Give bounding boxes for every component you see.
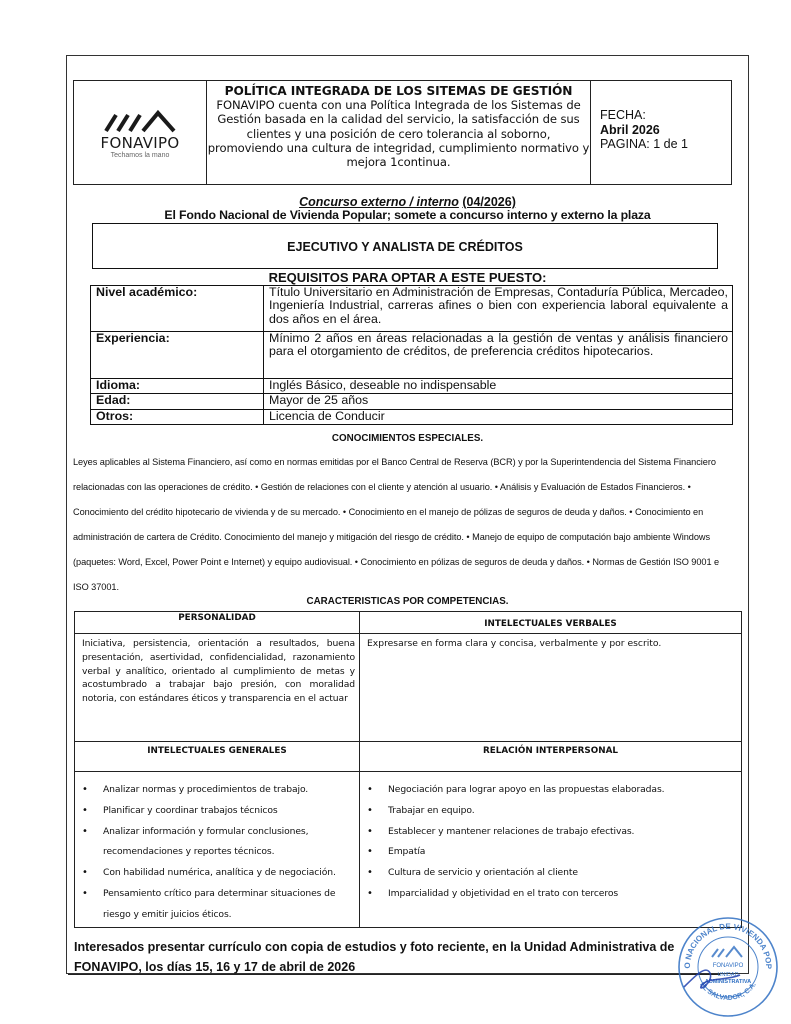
interpersonal-list-cell: Negociación para lograr apoyo en las pro…: [360, 772, 742, 928]
table-row: Experiencia: Mínimo 2 años en áreas rela…: [91, 332, 733, 379]
instructions-line: Interesados presentar currículo con copi…: [74, 937, 720, 957]
policy-line: mejora 1continua.: [207, 155, 590, 169]
concurso-intro-text: El Fondo Nacional de Vivienda Popular; s…: [164, 208, 650, 222]
row-value: Mínimo 2 años en áreas relacionadas a la…: [264, 332, 733, 379]
row-value: Licencia de Conducir: [264, 409, 733, 424]
list-item: Analizar normas y procedimientos de trab…: [76, 780, 358, 801]
conocimientos-title: CONOCIMIENTOS ESPECIALES.: [66, 433, 749, 444]
list-item: Planificar y coordinar trabajos técnicos: [76, 801, 358, 822]
list-item: Analizar información y formular conclusi…: [76, 822, 358, 864]
position-title: EJECUTIVO Y ANALISTA DE CRÉDITOS: [92, 223, 718, 269]
meta-cell: FECHA: Abril 2026 PAGINA: 1 de 1: [591, 81, 731, 184]
instructions-line: FONAVIPO, los días 15, 16 y 17 de abril …: [74, 957, 720, 977]
verbales-text: Expresarse en forma clara y concisa, ver…: [360, 634, 742, 742]
concurso-intro: El Fondo Nacional de Vivienda Popular; s…: [66, 208, 749, 222]
list-item: Con habilidad numérica, analítica y de n…: [76, 863, 358, 884]
logo-name: FONAVIPO: [101, 134, 180, 152]
generales-header: INTELECTUALES GENERALES: [75, 742, 360, 772]
policy-title: POLÍTICA INTEGRADA DE LOS SITEMAS DE GES…: [207, 84, 590, 98]
interpersonal-list: Negociación para lograr apoyo en las pro…: [361, 773, 740, 905]
list-item: Imparcialidad y objetividad en el trato …: [361, 884, 740, 905]
policy-line: Gestión basada en la calidad del servici…: [207, 112, 590, 126]
table-row: Nivel académico: Título Universitario en…: [91, 286, 733, 332]
list-item: Negociación para lograr apoyo en las pro…: [361, 780, 740, 801]
fecha-value: Abril 2026: [600, 123, 731, 138]
application-instructions: Interesados presentar currículo con copi…: [68, 937, 720, 975]
row-label: Idioma:: [91, 379, 264, 394]
requisitos-table: Nivel académico: Título Universitario en…: [90, 285, 733, 425]
table-row: Idioma: Inglés Básico, deseable no indis…: [91, 379, 733, 394]
interpersonal-header: RELACIÓN INTERPERSONAL: [360, 742, 742, 772]
row-label: Otros:: [91, 409, 264, 424]
policy-cell: POLÍTICA INTEGRADA DE LOS SITEMAS DE GES…: [207, 81, 591, 184]
official-stamp-icon: FONDO NACIONAL DE VIVIENDA POPULAR EL SA…: [676, 915, 780, 1019]
fonavipo-logo-icon: [103, 107, 177, 133]
pagina: PAGINA: 1 de 1: [600, 137, 731, 152]
row-label: Nivel académico:: [91, 286, 264, 332]
row-value: Mayor de 25 años: [264, 394, 733, 409]
concurso-label: Concurso externo / interno: [299, 195, 459, 209]
policy-line: FONAVIPO cuenta con una Política Integra…: [207, 98, 590, 112]
competencias-table: PERSONALIDAD INTELECTUALES VERBALES Inic…: [74, 611, 742, 928]
row-label: Experiencia:: [91, 332, 264, 379]
row-label: Edad:: [91, 394, 264, 409]
concurso-number: (04/2026): [462, 195, 516, 209]
personalidad-header: PERSONALIDAD: [75, 612, 360, 634]
fecha-label: FECHA:: [600, 108, 731, 123]
svg-text:FONDO NACIONAL DE VIVIENDA POP: FONDO NACIONAL DE VIVIENDA POPULAR: [676, 915, 773, 970]
list-item: Establecer y mantener relaciones de trab…: [361, 822, 740, 843]
table-row: Edad: Mayor de 25 años: [91, 394, 733, 409]
list-item: Trabajar en equipo.: [361, 801, 740, 822]
list-item: Empatía: [361, 842, 740, 863]
requisitos-title: REQUISITOS PARA OPTAR A ESTE PUESTO:: [66, 270, 749, 285]
logo-tagline: Techamos la mano: [111, 152, 170, 159]
competencias-title: CARACTERISTICAS POR COMPETENCIAS.: [66, 596, 749, 607]
row-value: Título Universitario en Administración d…: [264, 286, 733, 332]
conocimientos-body: Leyes aplicables al Sistema Financiero, …: [73, 450, 733, 600]
table-row: Otros: Licencia de Conducir: [91, 409, 733, 424]
generales-list: Analizar normas y procedimientos de trab…: [76, 773, 358, 926]
document-header: FONAVIPO Techamos la mano POLÍTICA INTEG…: [73, 80, 732, 185]
generales-list-cell: Analizar normas y procedimientos de trab…: [75, 772, 360, 928]
row-value: Inglés Básico, deseable no indispensable: [264, 379, 733, 394]
concurso-title: Concurso externo / interno (04/2026): [66, 195, 749, 209]
list-item: Cultura de servicio y orientación al cli…: [361, 863, 740, 884]
policy-line: promoviendo una cultura de integridad, c…: [207, 141, 590, 155]
list-item: Pensamiento crítico para determinar situ…: [76, 884, 358, 926]
personalidad-text: Iniciativa, persistencia, orientación a …: [75, 634, 360, 742]
policy-line: clientes y una posición de cero toleranc…: [207, 127, 590, 141]
logo-cell: FONAVIPO Techamos la mano: [74, 81, 207, 184]
verbales-header: INTELECTUALES VERBALES: [360, 612, 742, 634]
svg-text:FONAVIPO: FONAVIPO: [713, 963, 744, 969]
